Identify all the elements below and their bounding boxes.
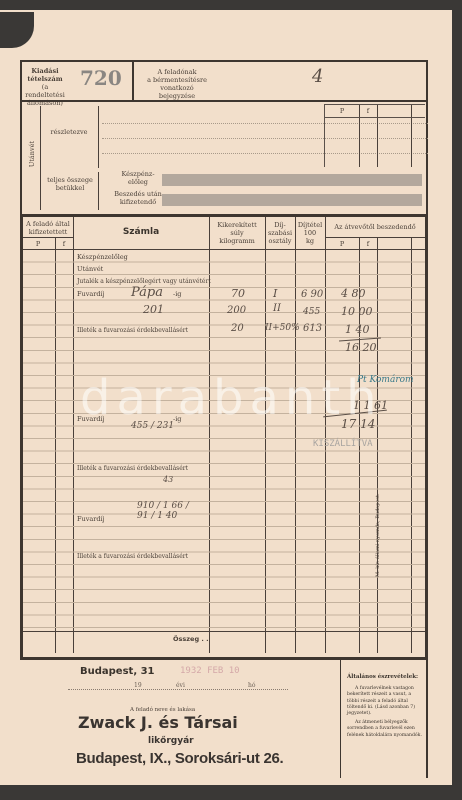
remarks-p1: A fuvarlevélnek vastagon bekerített rész…: [347, 686, 423, 717]
hw-place-papa: Pápa: [131, 285, 163, 300]
row-fee-2: Illeték a fuvarozási érdekbevallásért: [77, 465, 188, 472]
date-line: 19 évi hó: [68, 682, 288, 690]
cod-section: Utánvét részletezve teljes összege betük…: [20, 100, 428, 216]
col-receiver: Az átvevőtől beszedendő: [325, 223, 425, 231]
hw-calc-3: 910 / 1 66 / 91 / 1 40: [137, 501, 197, 521]
hw-amount-3: 1 40: [345, 323, 370, 336]
total-label: Összeg . .: [173, 635, 209, 643]
hw-weight-2: 200: [227, 305, 246, 316]
delivered-stamp: KISZÁLLÍTVA: [313, 439, 373, 449]
company-address: Budapest, IX., Soroksári-ut 26.: [76, 750, 283, 767]
cod-side-label: Utánvét: [28, 124, 36, 184]
hw-weight-1: 70: [231, 287, 245, 300]
hw-rate-3: 613: [303, 323, 322, 334]
col-rate: Díjtétel 100 kg: [295, 221, 325, 245]
row-cash-advance: Készpénzelőleg: [77, 253, 128, 261]
hw-class-1: I: [273, 287, 277, 300]
company-type: likőrgyár: [148, 736, 194, 746]
detail-label: részletezve: [44, 128, 94, 136]
total-in-words-label: teljes összege betükkel: [44, 176, 96, 192]
hw-calc-2: 43: [163, 475, 173, 484]
row-cod: Utánvét: [77, 265, 103, 273]
col-p-left: P: [31, 240, 45, 248]
issue-label: Kiadási tételszám: [24, 67, 66, 83]
row-commission: Jutalék a készpénzelőlegért vagy utánvét…: [77, 278, 211, 285]
col-f: f: [361, 107, 375, 115]
place-date: Budapest, 31: [80, 666, 155, 677]
hw-class-3: II+50%: [265, 323, 300, 333]
hw-weight-3: 20: [231, 323, 244, 334]
printer-imprint: M. kir. állami nyomda, Budapest.: [375, 467, 381, 577]
col-p-right: P: [335, 240, 349, 248]
row-freight-1-suffix: -ig: [173, 290, 181, 298]
hw-amount-1: 4 80: [341, 287, 366, 300]
col-f-right: f: [361, 240, 375, 248]
col-class: Díj- szabási osztály: [265, 221, 295, 245]
invoice-table: A feladó által kifizetettett P f Számla …: [20, 214, 428, 660]
row-freight-1: Fuvardíj: [77, 290, 105, 298]
hw-rate-2: 455: [303, 307, 320, 317]
payable-label: Beszedés után kifizetendő: [110, 190, 166, 206]
date-stamp: 1932 FEB 10: [180, 666, 240, 676]
handwritten-mark: 4: [312, 66, 323, 87]
hw-subtotal-1: 16 20: [345, 341, 377, 354]
row-fee-3: Illeték a fuvarozási érdekbevallásért: [77, 553, 188, 560]
prepay-note-label: A feladónak a bérmentesítésre vonatkozó …: [142, 68, 212, 100]
col-weight: Kikerekített súly kilogramm: [209, 221, 265, 245]
hw-place-201: 201: [143, 303, 164, 316]
issue-number-box: Kiadási tételszám (a rendeltetési állomá…: [20, 60, 134, 102]
col-invoice: Számla: [73, 227, 209, 237]
watermark: darabanth: [80, 370, 383, 426]
prepay-note-box: A feladónak a bérmentesítésre vonatkozó …: [132, 60, 428, 102]
torn-corner: [0, 12, 34, 48]
col-p: P: [335, 107, 349, 115]
remarks-title: Általános észrevételek:: [347, 674, 418, 680]
hw-rate-1: 6 90: [301, 289, 323, 300]
company-name: Zwack J. és Társai: [78, 713, 238, 732]
waybill-document: Kiadási tételszám (a rendeltetési állomá…: [0, 10, 452, 785]
hw-amount-2: 10 00: [341, 305, 373, 318]
remarks-p2: Az átmeneti bélyegzők sorrendben a fuvar…: [347, 720, 423, 739]
cash-advance-field: [162, 174, 422, 186]
row-fee-1: Illeték a fuvarozási érdekbevallásért: [77, 327, 188, 334]
row-freight-3: Fuvardíj: [77, 515, 105, 523]
col-sender-paid: A feladó által kifizetettett: [23, 220, 73, 236]
issue-number: 720: [80, 66, 122, 90]
payable-field: [162, 194, 422, 206]
remarks-box: Általános észrevételek: A fuvarlevélnek …: [340, 660, 428, 778]
hw-class-2: II: [273, 303, 281, 314]
col-f-left: f: [57, 240, 71, 248]
cod-amount-grid: P f: [324, 104, 425, 167]
cash-advance-label: Készpénz- előleg: [118, 170, 158, 186]
